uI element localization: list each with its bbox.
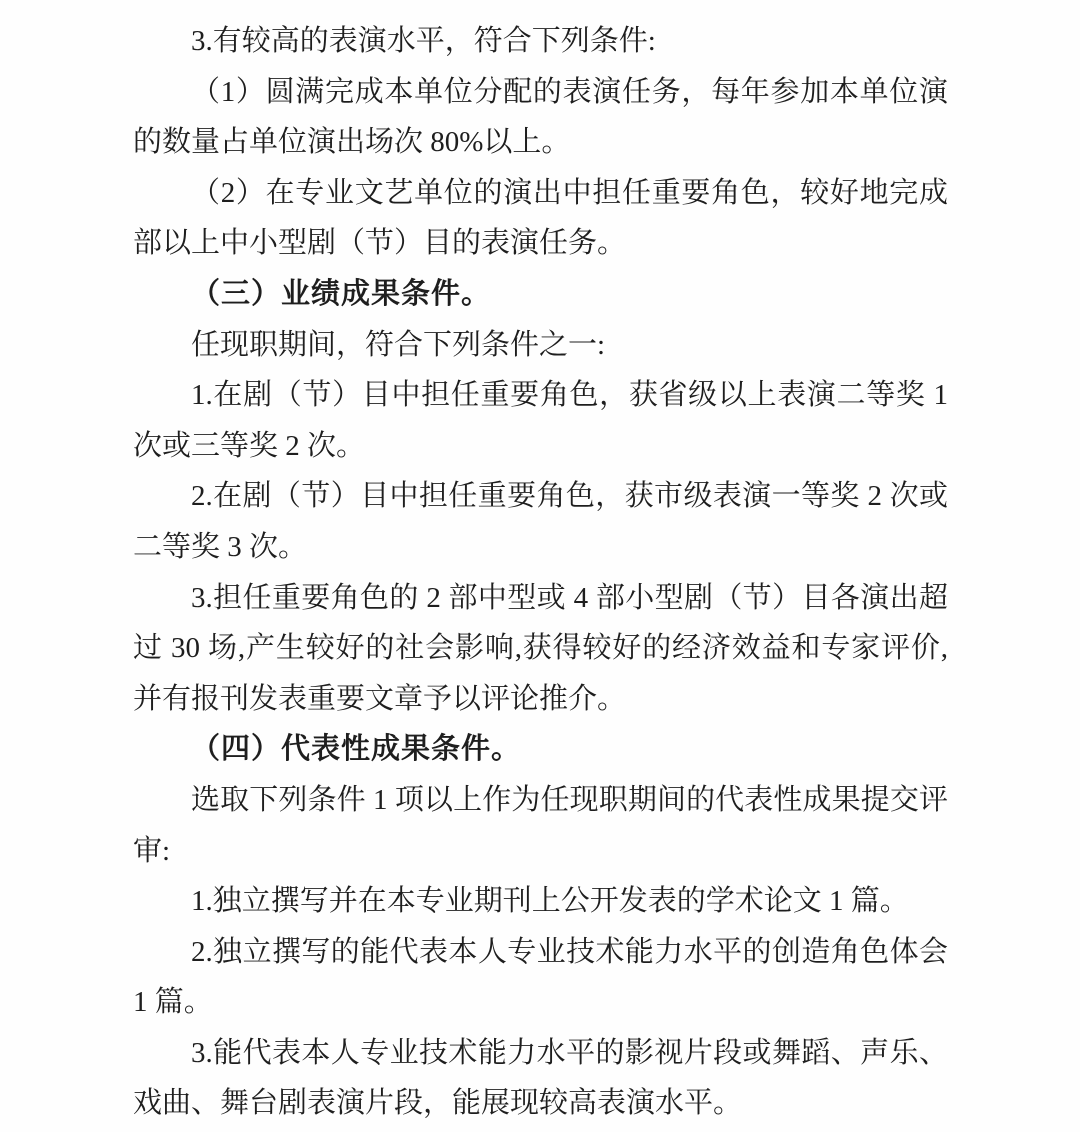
text-line: 并有报刊发表重要文章予以评论推介。 [133,674,948,725]
text-line: 戏曲、舞台剧表演片段，能展现较高表演水平。 [133,1078,948,1129]
document-page: 3.有较高的表演水平，符合下列条件:（1）圆满完成本单位分配的表演任务，每年参加… [0,0,1080,1132]
text-line: 2.在剧（节）目中担任重要角色，获市级表演一等奖 2 次或 [133,471,948,522]
text-line: 过 30 场,产生较好的社会影响,获得较好的经济效益和专家评价, [133,623,948,674]
text-line: 1 篇。 [133,977,948,1028]
text-line: 部以上中小型剧（节）目的表演任务。 [133,218,948,269]
section-heading: （三）业绩成果条件。 [133,269,948,320]
text-line: 审: [133,826,948,877]
text-line: （2）在专业文艺单位的演出中担任重要角色，较好地完成 5 [133,168,948,219]
text-line: 1.在剧（节）目中担任重要角色，获省级以上表演二等奖 1 [133,370,948,421]
document-body: 3.有较高的表演水平，符合下列条件:（1）圆满完成本单位分配的表演任务，每年参加… [133,16,948,1129]
text-line: 3.有较高的表演水平，符合下列条件: [133,16,948,67]
text-line: 选取下列条件 1 项以上作为任现职期间的代表性成果提交评 [133,775,948,826]
text-line: 任现职期间，符合下列条件之一: [133,320,948,371]
text-line: 3.担任重要角色的 2 部中型或 4 部小型剧（节）目各演出超 [133,573,948,624]
text-line: 2.独立撰写的能代表本人专业技术能力水平的创造角色体会 [133,927,948,978]
text-line: 3.能代表本人专业技术能力水平的影视片段或舞蹈、声乐、 [133,1028,948,1079]
text-line: 的数量占单位演出场次 80%以上。 [133,117,948,168]
section-heading: （四）代表性成果条件。 [133,724,948,775]
text-line: 次或三等奖 2 次。 [133,421,948,472]
text-line: （1）圆满完成本单位分配的表演任务，每年参加本单位演出 [133,67,948,118]
text-line: 二等奖 3 次。 [133,522,948,573]
text-line: 1.独立撰写并在本专业期刊上公开发表的学术论文 1 篇。 [133,876,948,927]
